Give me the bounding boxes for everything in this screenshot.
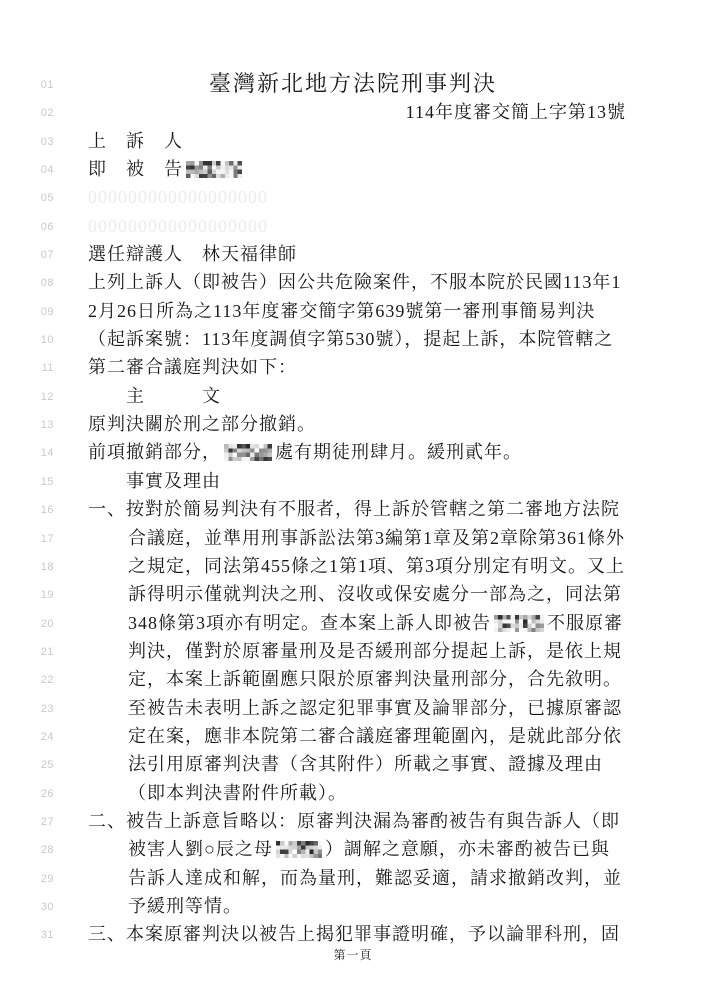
line-content: 合議庭，並準用刑事訴訟法第3編第1章及第2章除第361條外 — [128, 528, 625, 548]
doc-line: 15 事實及理由 — [0, 467, 706, 495]
line-content: 訴得明示僅就判決之刑、沒收或保安處分一部為之，同法第 — [128, 584, 622, 604]
doc-text: 合議庭，並準用刑事訴訟法第3編第1章及第2章除第361條外 — [128, 528, 625, 548]
line-number: 13 — [34, 411, 54, 439]
doc-line: 31三、本案原審判決以被告上揭犯罪事證明確，予以論罪科刑，固 — [0, 920, 706, 948]
doc-text: 348條第3項亦有明定。查本案上訴人即被告 — [128, 613, 491, 633]
line-number: 10 — [34, 326, 54, 354]
line-content: 二、被告上訴意旨略以：原審判決漏為審酌被告有與告訴人（即 — [88, 811, 620, 831]
line-number: 17 — [34, 525, 54, 553]
doc-line: 13原判決關於刑之部分撤銷。 — [0, 410, 706, 438]
doc-text: 114年度審交簡上字第13號 — [406, 102, 626, 122]
doc-line: 20348條第3項亦有明定。查本案上訴人即被告不服原審 — [0, 609, 706, 637]
line-content: 法引用原審判決書（含其附件）所載之事實、證據及理由 — [128, 754, 603, 774]
line-number: 01 — [34, 71, 54, 99]
judgment-page: 01臺灣新北地方法院刑事判決02114年度審交簡上字第13號03上 訴 人04即… — [0, 0, 706, 1000]
doc-line: 22定，本案上訴範圍應只限於原審判決量刑部分，合先敘明。 — [0, 665, 706, 693]
line-content: 一、按對於簡易判決有不服者，得上訴於管轄之第二審地方法院 — [88, 499, 620, 519]
line-number: 05 — [34, 184, 54, 212]
line-number: 07 — [34, 241, 54, 269]
doc-line: 14前項撤銷部分，處有期徒刑肆月。緩刑貳年。 — [0, 438, 706, 466]
line-content: 即 被 告 — [88, 159, 245, 179]
line-number: 30 — [34, 893, 54, 921]
masked-id-digits: 000000000000000000 — [88, 216, 268, 236]
line-number: 02 — [34, 99, 54, 127]
doc-line: 17合議庭，並準用刑事訴訟法第3編第1章及第2章除第361條外 — [0, 524, 706, 552]
judgment-body: 01臺灣新北地方法院刑事判決02114年度審交簡上字第13號03上 訴 人04即… — [0, 70, 706, 949]
doc-line: 092月26日所為之113年度審交簡字第639號第一審刑事簡易判決 — [0, 297, 706, 325]
line-content: 000000000000000000 — [88, 187, 268, 207]
doc-text: 之規定，同法第455條之1第1項、第3項分別定有明文。又上 — [128, 556, 625, 576]
line-content: 前項撤銷部分，處有期徒刑肆月。緩刑貳年。 — [88, 442, 522, 462]
doc-text: 予緩刑等情。 — [128, 896, 242, 916]
doc-text: 事實及理由 — [88, 471, 221, 491]
doc-text: 上 訴 人 — [88, 131, 183, 151]
line-content: 上 訴 人 — [88, 131, 183, 151]
doc-line: 01臺灣新北地方法院刑事判決 — [0, 70, 706, 98]
doc-text: 二、被告上訴意旨略以：原審判決漏為審酌被告有與告訴人（即 — [88, 811, 620, 831]
line-number: 26 — [34, 780, 54, 808]
doc-text: 前項撤銷部分， — [88, 442, 221, 462]
doc-text: 至被告未表明上訴之認定犯罪事實及論罪部分，已據原審認 — [128, 698, 622, 718]
line-number: 11 — [34, 354, 54, 382]
doc-line: 11第二審合議庭判決如下： — [0, 353, 706, 381]
doc-line: 04即 被 告 — [0, 155, 706, 183]
line-number: 21 — [34, 638, 54, 666]
doc-text: 處有期徒刑肆月。緩刑貳年。 — [275, 442, 522, 462]
line-number: 27 — [34, 808, 54, 836]
doc-line: 28被害人劉○辰之母）調解之意願，亦未審酌被告已與 — [0, 835, 706, 863]
doc-text: 原判決關於刑之部分撤銷。 — [88, 414, 316, 434]
doc-text: 被害人劉○辰之母 — [128, 839, 273, 859]
line-number: 29 — [34, 865, 54, 893]
redacted-name-mosaic — [186, 161, 242, 178]
line-content: 114年度審交簡上字第13號 — [406, 102, 626, 122]
doc-line: 08上列上訴人（即被告）因公共危險案件，不服本院於民國113年1 — [0, 268, 706, 296]
doc-line: 23至被告未表明上訴之認定犯罪事實及論罪部分，已據原審認 — [0, 694, 706, 722]
line-number: 04 — [34, 156, 54, 184]
doc-text: 三、本案原審判決以被告上揭犯罪事證明確，予以論罪科刑，固 — [88, 924, 620, 944]
doc-text: 定，本案上訴範圍應只限於原審判決量刑部分，合先敘明。 — [128, 669, 622, 689]
line-content: 予緩刑等情。 — [128, 896, 242, 916]
doc-line: 30予緩刑等情。 — [0, 892, 706, 920]
line-content: 定在案，應非本院第二審合議庭審理範圍內，是就此部分依 — [128, 726, 622, 746]
line-content: 000000000000000000 — [88, 216, 268, 236]
masked-id-digits: 000000000000000000 — [88, 187, 268, 207]
doc-text: 告訴人達成和解，而為量刑，難認妥適，請求撤銷改判，並 — [128, 868, 622, 888]
line-number: 12 — [34, 383, 54, 411]
line-content: 主 文 — [88, 386, 221, 406]
line-content: 第二審合議庭判決如下： — [88, 357, 297, 377]
redacted-name-mosaic — [494, 615, 544, 632]
line-content: （起訴案號：113年度調偵字第530號），提起上訴，本院管轄之 — [88, 329, 613, 349]
doc-line: 10（起訴案號：113年度調偵字第530號），提起上訴，本院管轄之 — [0, 325, 706, 353]
doc-text: 臺灣新北地方法院刑事判決 — [209, 71, 497, 96]
line-content: 定，本案上訴範圍應只限於原審判決量刑部分，合先敘明。 — [128, 669, 622, 689]
line-number: 25 — [34, 751, 54, 779]
line-number: 15 — [34, 468, 54, 496]
line-number: 03 — [34, 128, 54, 156]
line-number: 18 — [34, 553, 54, 581]
doc-text: 第二審合議庭判決如下： — [88, 357, 297, 377]
doc-line: 16一、按對於簡易判決有不服者，得上訴於管轄之第二審地方法院 — [0, 495, 706, 523]
line-content: 原判決關於刑之部分撤銷。 — [88, 414, 316, 434]
doc-text: 不服原審 — [547, 613, 623, 633]
line-number: 14 — [34, 439, 54, 467]
line-content: （即本判決書附件所載）。 — [128, 783, 347, 803]
doc-text: ）調解之意願，亦未審酌被告已與 — [325, 839, 610, 859]
doc-text: 選任辯護人 林天福律師 — [88, 244, 297, 264]
doc-line: 26（即本判決書附件所載）。 — [0, 779, 706, 807]
line-content: 之規定，同法第455條之1第1項、第3項分別定有明文。又上 — [128, 556, 625, 576]
line-content: 348條第3項亦有明定。查本案上訴人即被告不服原審 — [128, 613, 623, 633]
doc-line: 03上 訴 人 — [0, 127, 706, 155]
doc-line: 24定在案，應非本院第二審合議庭審理範圍內，是就此部分依 — [0, 722, 706, 750]
redacted-name-mosaic — [276, 841, 322, 858]
doc-text: 一、按對於簡易判決有不服者，得上訴於管轄之第二審地方法院 — [88, 499, 620, 519]
doc-line: 02114年度審交簡上字第13號 — [0, 98, 706, 126]
line-number: 28 — [34, 836, 54, 864]
doc-text: 上列上訴人（即被告）因公共危險案件，不服本院於民國113年1 — [88, 272, 621, 292]
doc-line: 18之規定，同法第455條之1第1項、第3項分別定有明文。又上 — [0, 552, 706, 580]
doc-line: 06000000000000000000 — [0, 212, 706, 240]
page-footer: 第一頁 — [0, 946, 706, 963]
doc-line: 05000000000000000000 — [0, 183, 706, 211]
doc-text: 判決，僅對於原審量刑及是否緩刑部分提起上訴，是依上規 — [128, 641, 622, 661]
line-content: 被害人劉○辰之母）調解之意願，亦未審酌被告已與 — [128, 839, 610, 859]
line-content: 判決，僅對於原審量刑及是否緩刑部分提起上訴，是依上規 — [128, 641, 622, 661]
doc-line: 07選任辯護人 林天福律師 — [0, 240, 706, 268]
doc-text: 定在案，應非本院第二審合議庭審理範圍內，是就此部分依 — [128, 726, 622, 746]
line-number: 16 — [34, 496, 54, 524]
doc-text: （起訴案號：113年度調偵字第530號），提起上訴，本院管轄之 — [88, 329, 613, 349]
line-number: 09 — [34, 298, 54, 326]
doc-line: 25法引用原審判決書（含其附件）所載之事實、證據及理由 — [0, 750, 706, 778]
line-content: 至被告未表明上訴之認定犯罪事實及論罪部分，已據原審認 — [128, 698, 622, 718]
redacted-name-mosaic — [224, 444, 272, 461]
doc-line: 29告訴人達成和解，而為量刑，難認妥適，請求撤銷改判，並 — [0, 864, 706, 892]
line-content: 事實及理由 — [88, 471, 221, 491]
doc-text: 法引用原審判決書（含其附件）所載之事實、證據及理由 — [128, 754, 603, 774]
line-number: 24 — [34, 723, 54, 751]
doc-text: 即 被 告 — [88, 159, 183, 179]
doc-text: 主 文 — [88, 386, 221, 406]
doc-line: 27二、被告上訴意旨略以：原審判決漏為審酌被告有與告訴人（即 — [0, 807, 706, 835]
line-content: 告訴人達成和解，而為量刑，難認妥適，請求撤銷改判，並 — [128, 868, 622, 888]
doc-text: 訴得明示僅就判決之刑、沒收或保安處分一部為之，同法第 — [128, 584, 622, 604]
line-content: 選任辯護人 林天福律師 — [88, 244, 297, 264]
doc-text: 2月26日所為之113年度審交簡字第639號第一審刑事簡易判決 — [88, 301, 595, 321]
doc-text: （即本判決書附件所載）。 — [128, 783, 347, 803]
line-number: 22 — [34, 666, 54, 694]
line-content: 上列上訴人（即被告）因公共危險案件，不服本院於民國113年1 — [88, 272, 621, 292]
line-number: 19 — [34, 581, 54, 609]
line-content: 2月26日所為之113年度審交簡字第639號第一審刑事簡易判決 — [88, 301, 595, 321]
line-number: 06 — [34, 213, 54, 241]
line-content: 臺灣新北地方法院刑事判決 — [209, 71, 497, 96]
line-number: 20 — [34, 610, 54, 638]
doc-line: 19訴得明示僅就判決之刑、沒收或保安處分一部為之，同法第 — [0, 580, 706, 608]
doc-line: 12 主 文 — [0, 382, 706, 410]
line-content: 三、本案原審判決以被告上揭犯罪事證明確，予以論罪科刑，固 — [88, 924, 620, 944]
line-number: 23 — [34, 695, 54, 723]
line-number: 08 — [34, 269, 54, 297]
doc-line: 21判決，僅對於原審量刑及是否緩刑部分提起上訴，是依上規 — [0, 637, 706, 665]
